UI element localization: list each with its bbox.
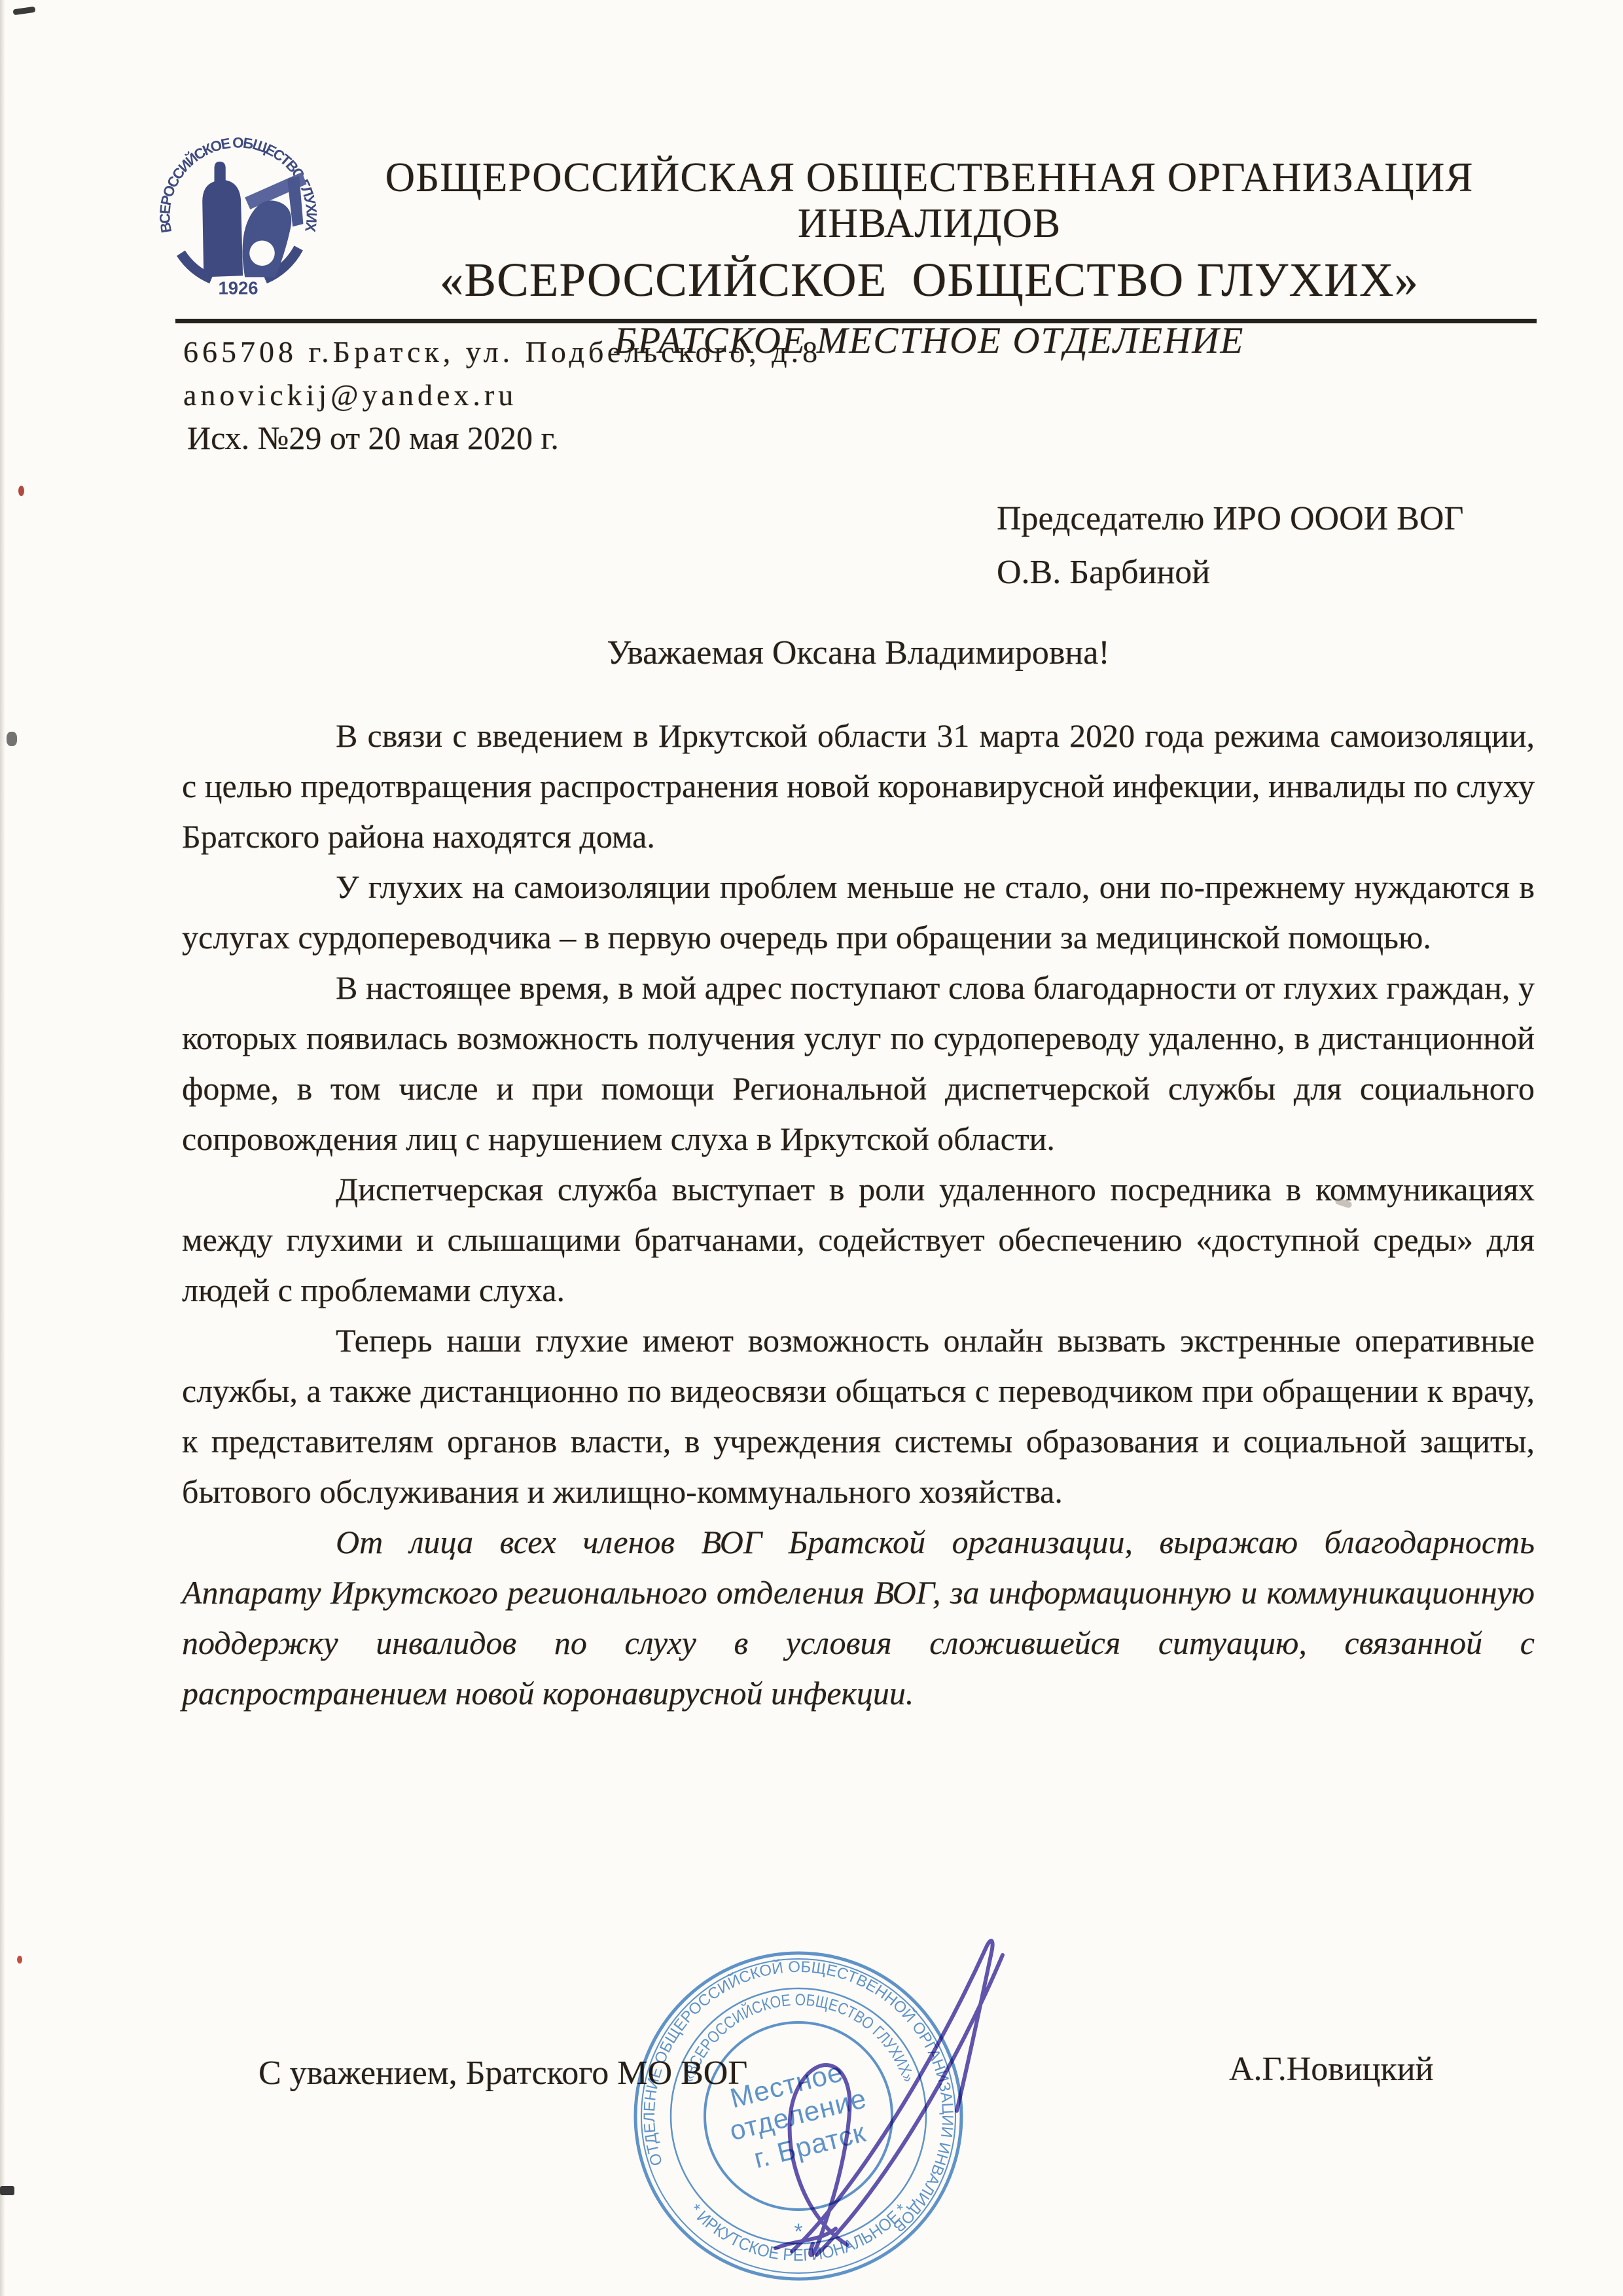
scan-artifact <box>7 732 17 746</box>
body-paragraph: От лица всех членов ВОГ Братской организ… <box>182 1517 1535 1719</box>
reference-number: Исх. №29 от 20 мая 2020 г. <box>187 419 559 457</box>
signer-name: А.Г.Новицкий <box>1229 2050 1433 2089</box>
signature-stroke <box>817 1955 1003 2255</box>
body-paragraph: В настоящее время, в мой адрес поступают… <box>182 963 1535 1164</box>
body-paragraph: Теперь наши глухие имеют возможность онл… <box>182 1316 1535 1517</box>
org-name-line2: «ВСЕРОССИЙСКОЕ ОБЩЕСТВО ГЛУХИХ» <box>308 254 1551 306</box>
logo-year: 1926 <box>219 278 259 298</box>
scan-artifact <box>17 1956 22 1964</box>
org-contacts: 665708 г.Братск, ул. Подбельского, д.8 a… <box>183 331 821 417</box>
body-paragraph: В связи с введением в Иркутской области … <box>182 711 1535 862</box>
letter-body: В связи с введением в Иркутской области … <box>182 711 1535 1719</box>
signature-stroke <box>792 1941 993 2251</box>
salutation: Уважаемая Оксана Владимировна! <box>182 634 1535 672</box>
org-address: 665708 г.Братск, ул. Подбельского, д.8 <box>183 331 821 374</box>
vog-logo: ВСЕРОССИЙСКОЕ ОБЩЕСТВО ГЛУХИХ 1926 <box>145 123 331 309</box>
addressee-title: Председателю ИРО ОООИ ВОГ <box>997 492 1463 546</box>
scan-artifact <box>13 7 36 16</box>
body-paragraph: Диспетчерская служба выступает в роли уд… <box>182 1164 1535 1316</box>
org-name-line1: ОБЩЕРОССИЙСКАЯ ОБЩЕСТВЕННАЯ ОРГАНИЗАЦИЯ … <box>308 154 1551 246</box>
org-email: anovickij@yandex.ru <box>183 374 821 417</box>
scanner-edge-shadow <box>0 0 5 2296</box>
addressee-name: О.В. Барбиной <box>997 546 1463 600</box>
scan-artifact <box>0 2186 14 2195</box>
addressee-block: Председателю ИРО ОООИ ВОГ О.В. Барбиной <box>997 492 1463 600</box>
scan-artifact <box>18 486 24 496</box>
letterhead-divider <box>175 319 1537 323</box>
body-paragraph: У глухих на самоизоляции проблем меньше … <box>182 862 1535 963</box>
letter-page: ВСЕРОССИЙСКОЕ ОБЩЕСТВО ГЛУХИХ 1926 ОБЩЕР… <box>0 0 1623 2296</box>
signature <box>713 1914 1041 2268</box>
